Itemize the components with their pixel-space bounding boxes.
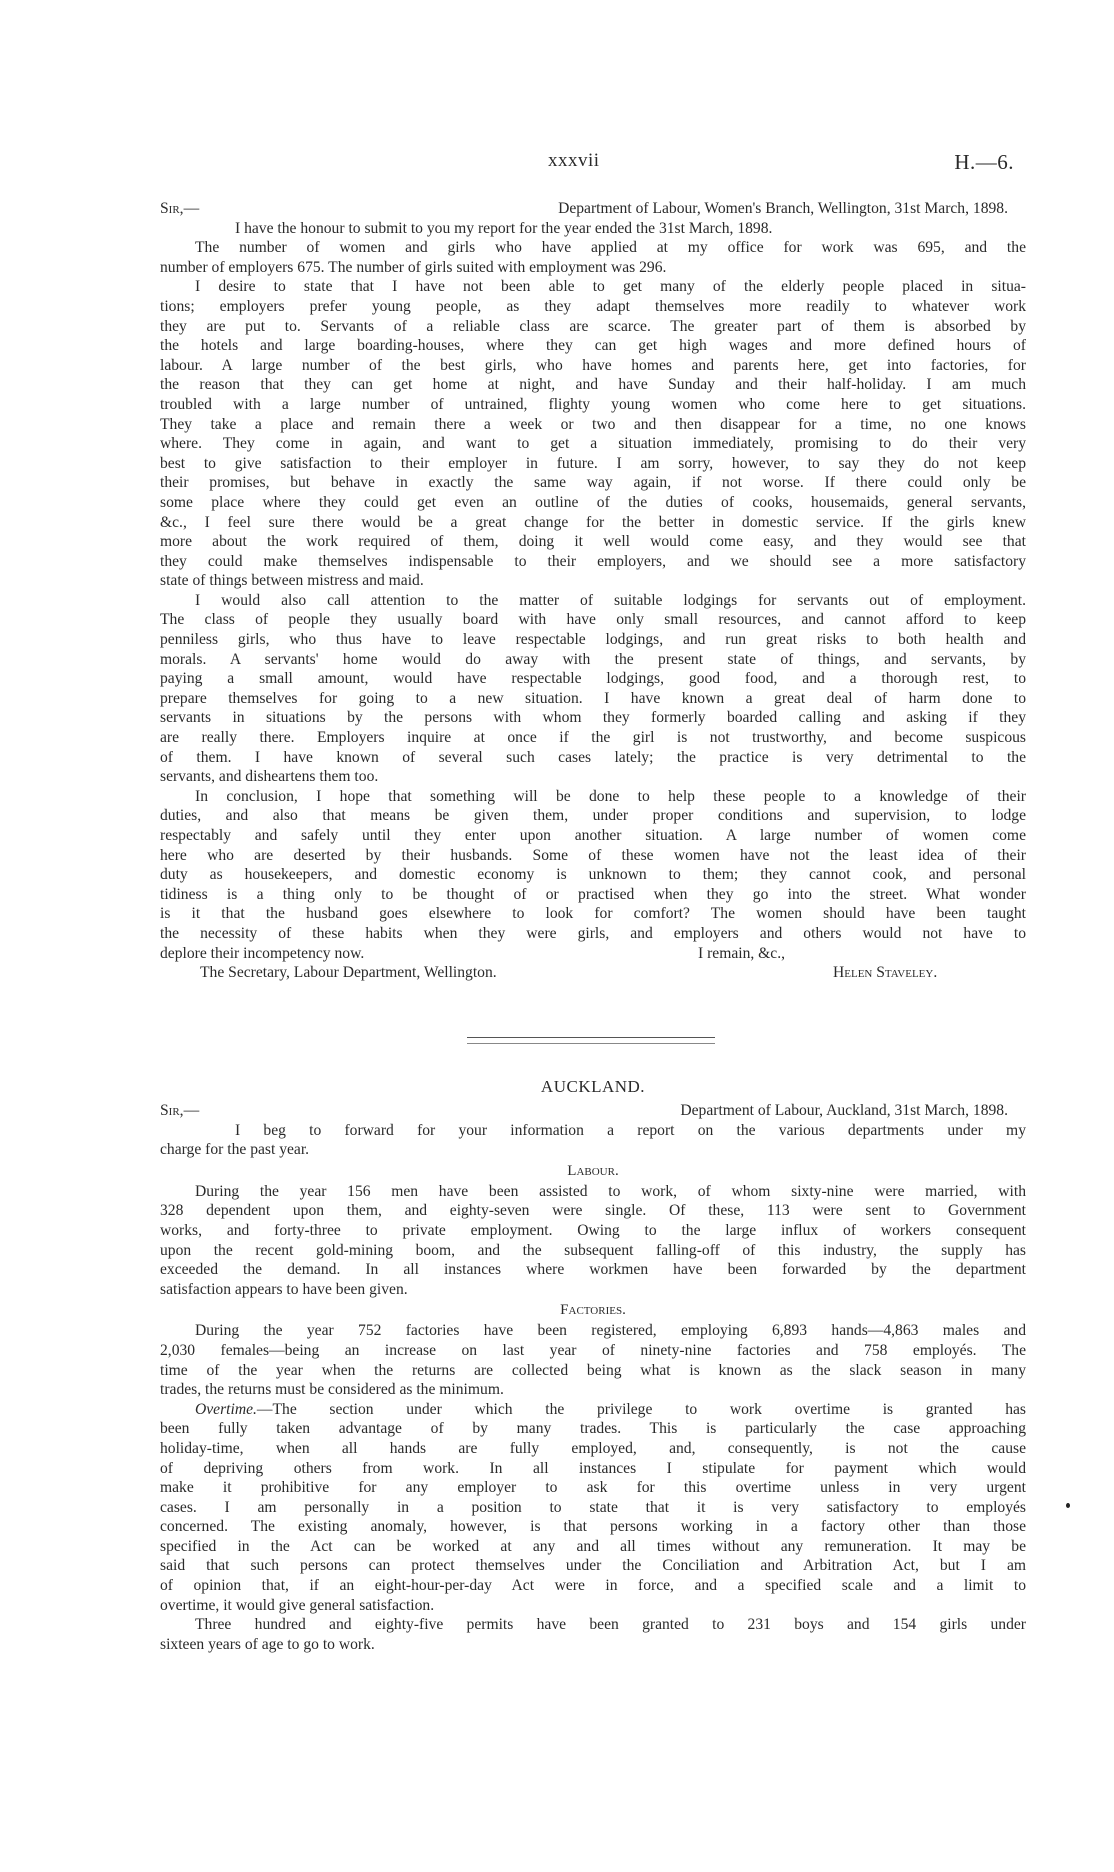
text-line: Three hundred and eighty-five permits ha… bbox=[160, 1615, 1026, 1635]
text-line: The class of people they usually board w… bbox=[160, 610, 1026, 630]
text-line: is it that the husband goes elsewhere to… bbox=[160, 904, 1026, 924]
page-speck bbox=[1066, 1503, 1070, 1508]
text-line: the hotels and large boarding-houses, wh… bbox=[160, 336, 1026, 356]
text-line: I would also call attention to the matte… bbox=[160, 591, 1026, 611]
text-line: paying a small amount, would have respec… bbox=[160, 669, 1026, 689]
report-body: I have the honour to submit to you my re… bbox=[160, 219, 1026, 944]
text-line: where. They come in again, and want to g… bbox=[160, 434, 1026, 454]
report-sections: Labour.During the year 156 men have been… bbox=[160, 1160, 1026, 1655]
text-line: they are put to. Servants of a reliable … bbox=[160, 317, 1026, 337]
text-line: duties, and also that means be given the… bbox=[160, 806, 1026, 826]
text-line: tidiness is a thing only to be thought o… bbox=[160, 885, 1026, 905]
text-line: labour. A large number of the best girls… bbox=[160, 356, 1026, 376]
auckland-report: AUCKLAND. Sir,— Department of Labour, Au… bbox=[160, 1077, 1026, 1654]
salutation-row: Sir,— Department of Labour, Auckland, 31… bbox=[160, 1101, 1026, 1121]
text-line: morals. A servants' home would do away w… bbox=[160, 650, 1026, 670]
text-line: &c., I feel sure there would be a great … bbox=[160, 513, 1026, 533]
text-line: In conclusion, I hope that something wil… bbox=[160, 787, 1026, 807]
text-line: 328 dependent upon them, and eighty-seve… bbox=[160, 1201, 1026, 1221]
text-line: They take a place and remain there a wee… bbox=[160, 415, 1026, 435]
text-line: works, and forty-three to private employ… bbox=[160, 1221, 1026, 1241]
section-heading: Factories. bbox=[160, 1299, 1026, 1321]
text-line: make it prohibitive for any employer to … bbox=[160, 1478, 1026, 1498]
text-line: holiday-time, when all hands are fully e… bbox=[160, 1439, 1026, 1459]
text-line: specified in the Act can be worked at an… bbox=[160, 1537, 1026, 1557]
text-line: of opinion that, if an eight-hour-per-da… bbox=[160, 1576, 1026, 1596]
dateline: Department of Labour, Women's Branch, We… bbox=[558, 199, 1008, 219]
text-line: best to give satisfaction to their emplo… bbox=[160, 454, 1026, 474]
page-header: xxxvii H.—6. bbox=[160, 150, 1026, 174]
text-line: the necessity of these habits when they … bbox=[160, 924, 1026, 944]
text-line: During the year 752 factories have been … bbox=[160, 1321, 1026, 1341]
text-line: I desire to state that I have not been a… bbox=[160, 277, 1026, 297]
closing-line: deplore their incompetency now. bbox=[160, 944, 364, 964]
section-heading: Labour. bbox=[160, 1160, 1026, 1182]
text-line: upon the recent gold-mining boom, and th… bbox=[160, 1241, 1026, 1261]
text-line: cases. I am personally in a position to … bbox=[160, 1498, 1026, 1518]
dateline: Department of Labour, Auckland, 31st Mar… bbox=[680, 1101, 1008, 1121]
intro-body: I beg to forward for your information a … bbox=[160, 1121, 1026, 1160]
page-number: xxxvii bbox=[548, 150, 600, 172]
text-line: tions; employers prefer young people, as… bbox=[160, 297, 1026, 317]
addressee: The Secretary, Labour Department, Wellin… bbox=[200, 963, 497, 983]
text-line: overtime, it would give general satisfac… bbox=[160, 1596, 1026, 1616]
salutation: Sir,— bbox=[160, 1101, 199, 1121]
text-line: servants in situations by the persons wi… bbox=[160, 708, 1026, 728]
section-body: During the year 156 men have been assist… bbox=[160, 1182, 1026, 1300]
wellington-report: Sir,— Department of Labour, Women's Bran… bbox=[160, 199, 1026, 983]
salutation: Sir,— bbox=[160, 199, 199, 219]
text-line: charge for the past year. bbox=[160, 1140, 1026, 1160]
closing-row: deplore their incompetency now. I remain… bbox=[160, 944, 1026, 964]
text-line: been fully taken advantage of by many tr… bbox=[160, 1419, 1026, 1439]
text-line: their promises, but behave in exactly th… bbox=[160, 473, 1026, 493]
text-line: of depriving others from work. In all in… bbox=[160, 1459, 1026, 1479]
text-line: state of things between mistress and mai… bbox=[160, 571, 1026, 591]
text-line: 2,030 females—being an increase on last … bbox=[160, 1341, 1026, 1361]
text-line: I beg to forward for your information a … bbox=[160, 1121, 1026, 1141]
salutation-row: Sir,— Department of Labour, Women's Bran… bbox=[160, 199, 1026, 219]
text-line: trades, the returns must be considered a… bbox=[160, 1380, 1026, 1400]
text-line: Overtime.—The section under which the pr… bbox=[160, 1400, 1026, 1420]
closing: I remain, &c., bbox=[698, 944, 785, 964]
italic-run-in-heading: Overtime. bbox=[195, 1401, 257, 1418]
section-divider bbox=[467, 1037, 715, 1044]
text-line: troubled with a large number of untraine… bbox=[160, 395, 1026, 415]
text-line: The number of women and girls who have a… bbox=[160, 238, 1026, 258]
text-line: are really there. Employers inquire at o… bbox=[160, 728, 1026, 748]
text-line: servants, and disheartens them too. bbox=[160, 767, 1026, 787]
text-line: satisfaction appears to have been given. bbox=[160, 1280, 1026, 1300]
text-line: here who are deserted by their husbands.… bbox=[160, 846, 1026, 866]
document-reference: H.—6. bbox=[954, 150, 1014, 175]
text-line: said that such persons can protect thems… bbox=[160, 1556, 1026, 1576]
text-line: During the year 156 men have been assist… bbox=[160, 1182, 1026, 1202]
text-line: I have the honour to submit to you my re… bbox=[160, 219, 1026, 239]
text-line: respectably and safely until they enter … bbox=[160, 826, 1026, 846]
text-line: number of employers 675. The number of g… bbox=[160, 258, 1026, 278]
text-line: the reason that they can get home at nig… bbox=[160, 375, 1026, 395]
text-line: prepare themselves for going to a new si… bbox=[160, 689, 1026, 709]
text-line: exceeded the demand. In all instances wh… bbox=[160, 1260, 1026, 1280]
text-line: more about the work required of them, do… bbox=[160, 532, 1026, 552]
text-line: they could make themselves indispensable… bbox=[160, 552, 1026, 572]
text-line: of them. I have known of several such ca… bbox=[160, 748, 1026, 768]
section-title: AUCKLAND. bbox=[160, 1077, 1026, 1101]
text-line: penniless girls, who thus have to leave … bbox=[160, 630, 1026, 650]
text-line: sixteen years of age to go to work. bbox=[160, 1635, 1026, 1655]
signature-row: The Secretary, Labour Department, Wellin… bbox=[160, 963, 1026, 983]
text-line: concerned. The existing anomaly, however… bbox=[160, 1517, 1026, 1537]
text-line: duty as housekeepers, and domestic econo… bbox=[160, 865, 1026, 885]
signature: Helen Staveley. bbox=[833, 963, 937, 983]
section-body: During the year 752 factories have been … bbox=[160, 1321, 1026, 1654]
text-line: time of the year when the returns are co… bbox=[160, 1361, 1026, 1381]
text-line: some place where they could get even an … bbox=[160, 493, 1026, 513]
